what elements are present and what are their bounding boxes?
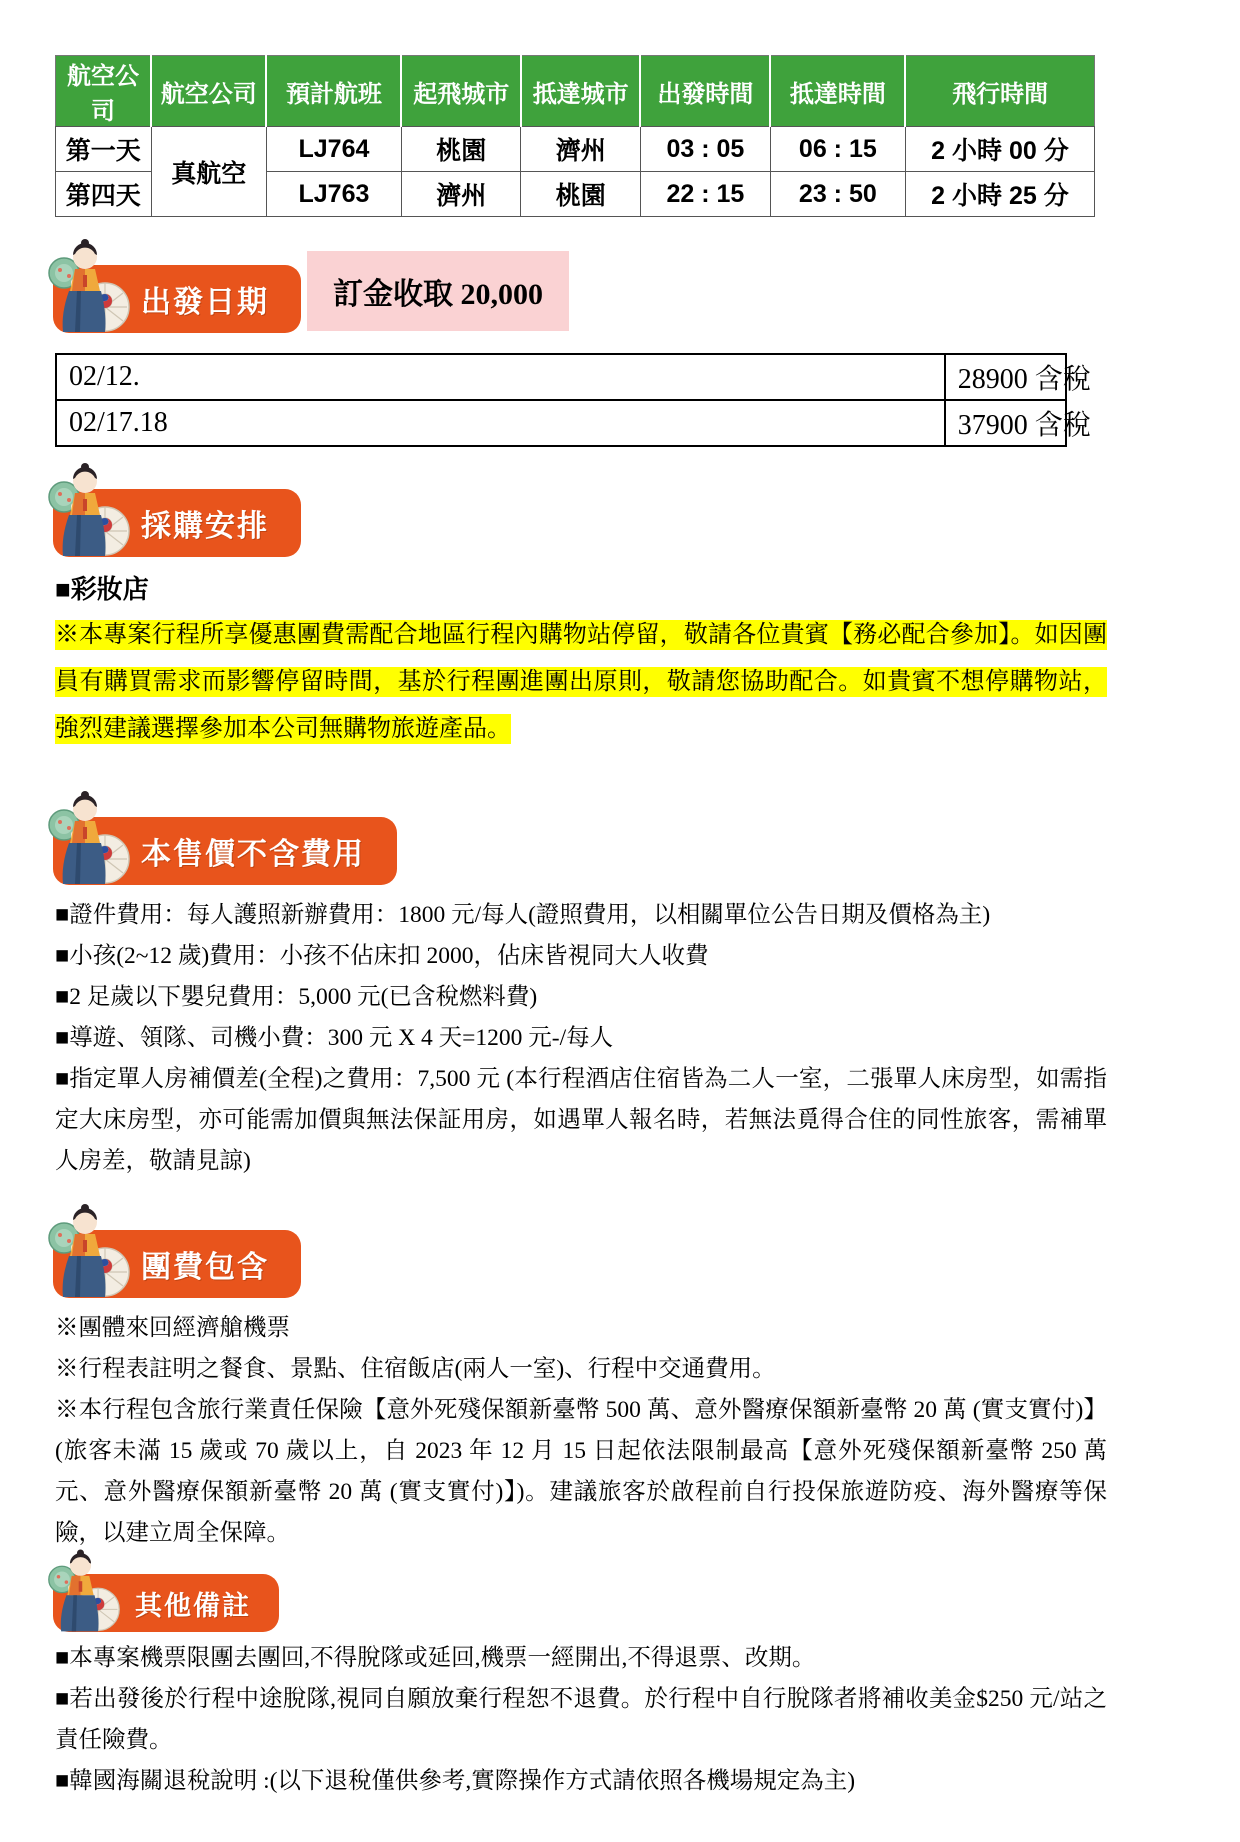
col-header-airline: 航空公司	[151, 56, 266, 127]
flight-no-cell: LJ764	[266, 127, 401, 172]
list-item: ■證件費用：每人護照新辦費用：1800 元/每人(證照費用，以相關單位公告日期及…	[55, 895, 1107, 936]
flight-table-header-row: 航空公司 航空公司 預計航班 起飛城市 抵達城市 出發時間 抵達時間 飛行時間	[56, 56, 1095, 127]
hanbok-woman-fan-icon	[47, 235, 131, 335]
departure-date-cell: 02/17.18	[56, 400, 945, 446]
hanbok-woman-fan-icon	[47, 787, 131, 887]
list-item: ※團體來回經濟艙機票	[55, 1308, 1107, 1349]
highlighted-notice-text: ※本專案行程所享優惠團費需配合地區行程內購物站停留，敬請各位貴賓【務必配合參加】…	[55, 620, 1107, 744]
list-item: ■小孩(2~12 歲)費用：小孩不佔床扣 2000，佔床皆視同大人收費	[55, 936, 1107, 977]
store-heading: ■彩妝店	[55, 569, 1170, 606]
departure-date-cell: 02/12.	[56, 354, 945, 400]
flight-row-day1: 第一天 真航空 LJ764 桃園 濟州 03 : 05 06 : 15 2 小時…	[56, 127, 1095, 172]
included-fees-badge: 團費包含	[55, 1232, 299, 1296]
list-item: ■2 足歲以下嬰兒費用：5,000 元(已含稅燃料費)	[55, 977, 1107, 1018]
day-cell: 第一天	[56, 127, 152, 172]
departure-time-cell: 03 : 05	[640, 127, 770, 172]
duration-cell: 2 小時 25 分	[905, 172, 1094, 217]
list-item: ※本行程包含旅行業責任保險【意外死殘保額新臺幣 500 萬、意外醫療保額新臺幣 …	[55, 1390, 1107, 1554]
travel-itinerary-page: 航空公司 航空公司 預計航班 起飛城市 抵達城市 出發時間 抵達時間 飛行時間 …	[0, 0, 1240, 1842]
duration-cell: 2 小時 00 分	[905, 127, 1094, 172]
badge-label: 出發日期	[141, 277, 269, 321]
notes-section-header: 其他備註	[55, 1560, 1170, 1630]
badge-label: 其他備註	[135, 1584, 251, 1623]
arrival-time-cell: 06 : 15	[770, 127, 905, 172]
departure-city-cell: 濟州	[401, 172, 520, 217]
hanbok-woman-fan-icon	[47, 1546, 121, 1634]
day-cell: 第四天	[56, 172, 152, 217]
departure-price-table: 02/12. 28900 含稅 02/17.18 37900 含稅	[55, 353, 1067, 447]
arrival-city-cell: 濟州	[521, 127, 640, 172]
arrival-time-cell: 23 : 50	[770, 172, 905, 217]
list-item: ■韓國海關退稅說明 :(以下退稅僅供參考,實際操作方式請依照各機場規定為主)	[55, 1761, 1107, 1802]
other-notes-list: ■本專案機票限團去團回,不得脫隊或延回,機票一經開出,不得退票、改期。 ■若出發…	[55, 1638, 1107, 1802]
excluded-section-header: 本售價不含費用	[55, 795, 1170, 883]
hanbok-woman-fan-icon	[47, 1200, 131, 1300]
col-header-arrival-time: 抵達時間	[770, 56, 905, 127]
list-item: ※行程表註明之餐食、景點、住宿飯店(兩人一室)、行程中交通費用。	[55, 1349, 1107, 1390]
price-row: 02/12. 28900 含稅	[56, 354, 1066, 400]
badge-label: 採購安排	[141, 501, 269, 545]
col-header-flight-duration: 飛行時間	[905, 56, 1094, 127]
excluded-fees-list: ■證件費用：每人護照新辦費用：1800 元/每人(證照費用，以相關單位公告日期及…	[55, 895, 1107, 1182]
excluded-fees-badge: 本售價不含費用	[55, 819, 395, 883]
col-header-day: 航空公司	[56, 56, 152, 127]
arrival-city-cell: 桃園	[521, 172, 640, 217]
price-cell: 37900 含稅	[945, 400, 1066, 446]
departure-time-cell: 22 : 15	[640, 172, 770, 217]
shopping-badge: 採購安排	[55, 491, 299, 555]
badge-label: 團費包含	[141, 1242, 269, 1286]
col-header-arrival-city: 抵達城市	[521, 56, 640, 127]
col-header-departure-city: 起飛城市	[401, 56, 520, 127]
shopping-section-header: 採購安排	[55, 467, 1170, 555]
departure-date-section-header: 出發日期 訂金收取 20,000	[55, 243, 1170, 331]
col-header-departure-time: 出發時間	[640, 56, 770, 127]
other-notes-badge: 其他備註	[55, 1576, 277, 1630]
airline-cell: 真航空	[151, 127, 266, 217]
included-fees-list: ※團體來回經濟艙機票 ※行程表註明之餐食、景點、住宿飯店(兩人一室)、行程中交通…	[55, 1308, 1107, 1554]
shopping-notice-paragraph: ※本專案行程所享優惠團費需配合地區行程內購物站停留，敬請各位貴賓【務必配合參加】…	[55, 612, 1107, 753]
hanbok-woman-fan-icon	[47, 459, 131, 559]
included-section-header: 團費包含	[55, 1208, 1170, 1296]
list-item: ■本專案機票限團去團回,不得脫隊或延回,機票一經開出,不得退票、改期。	[55, 1638, 1107, 1679]
price-cell: 28900 含稅	[945, 354, 1066, 400]
departure-city-cell: 桃園	[401, 127, 520, 172]
badge-label: 本售價不含費用	[141, 829, 365, 873]
deposit-note-text: 訂金收取 20,000	[333, 269, 543, 313]
list-item: ■導遊、領隊、司機小費：300 元 X 4 天=1200 元-/每人	[55, 1018, 1107, 1059]
flight-no-cell: LJ763	[266, 172, 401, 217]
col-header-flight-no: 預計航班	[266, 56, 401, 127]
deposit-note-box: 訂金收取 20,000	[307, 251, 569, 331]
list-item: ■若出發後於行程中途脫隊,視同自願放棄行程恕不退費。於行程中自行脫隊者將補收美金…	[55, 1679, 1107, 1761]
flight-schedule-table: 航空公司 航空公司 預計航班 起飛城市 抵達城市 出發時間 抵達時間 飛行時間 …	[55, 55, 1095, 217]
price-row: 02/17.18 37900 含稅	[56, 400, 1066, 446]
departure-date-badge: 出發日期	[55, 267, 299, 331]
list-item: ■指定單人房補價差(全程)之費用：7,500 元 (本行程酒店住宿皆為二人一室，…	[55, 1059, 1107, 1182]
